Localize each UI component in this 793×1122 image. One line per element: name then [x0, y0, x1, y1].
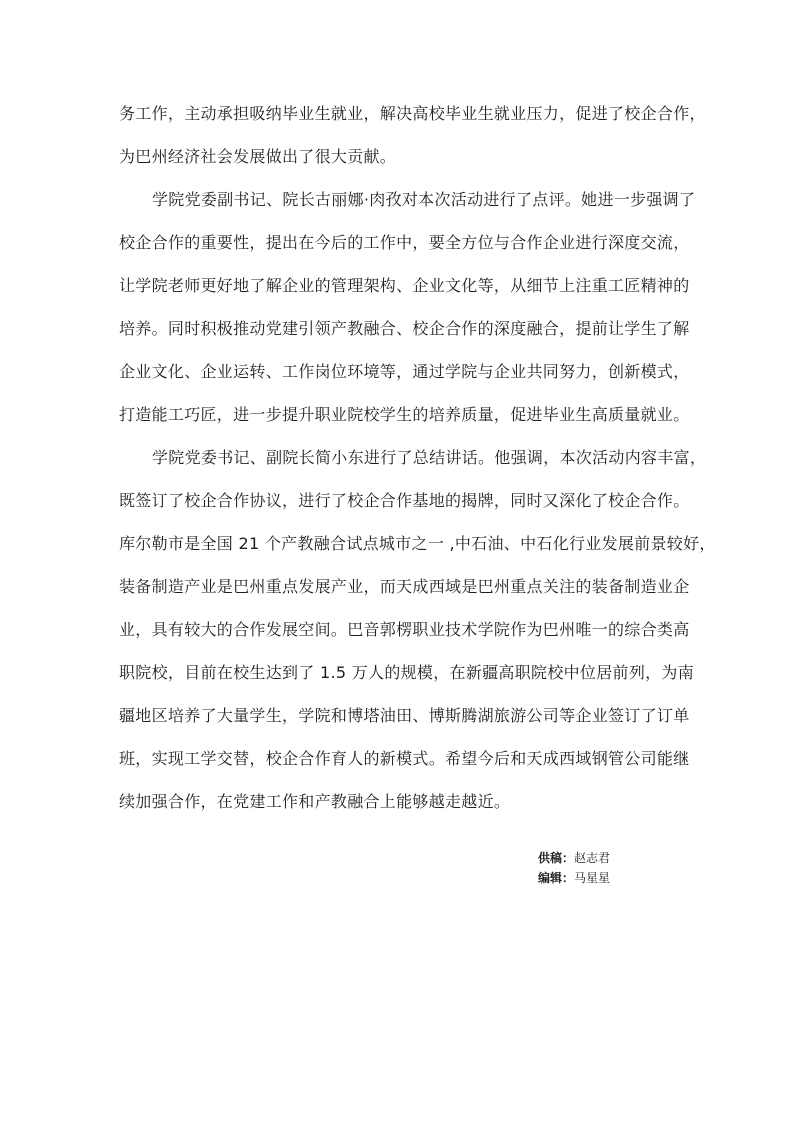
paragraph-line: 企业文化、企业运转、工作岗位环境等，通过学院与企业共同努力，创新模式，: [119, 350, 679, 393]
paragraph-line: 务工作，主动承担吸纳毕业生就业，解决高校毕业生就业压力，促进了校企合作，: [119, 92, 679, 135]
paragraph-line: 培养。同时积极推动党建引领产教融合、校企合作的深度融合，提前让学生了解: [119, 307, 679, 350]
article-credits: 供稿：赵志君 编辑：马星星: [538, 848, 610, 888]
paragraph-line: 业，具有较大的合作发展空间。巴音郭楞职业技术学院作为巴州唯一的综合类高: [119, 608, 679, 651]
credit-contributor: 供稿：赵志君: [538, 848, 610, 868]
credit-editor: 编辑：马星星: [538, 868, 610, 888]
paragraph-line: 职院校，目前在校生达到了 1.5 万人的规模，在新疆高职院校中位居前列，为南: [119, 651, 679, 694]
paragraph-line: 校企合作的重要性，提出在今后的工作中，要全方位与合作企业进行深度交流，: [119, 221, 679, 264]
paragraph-line: 既签订了校企合作协议，进行了校企合作基地的揭牌，同时又深化了校企合作。: [119, 479, 679, 522]
article-body: 务工作，主动承担吸纳毕业生就业，解决高校毕业生就业压力，促进了校企合作， 为巴州…: [119, 92, 679, 823]
paragraph-line: 装备制造产业是巴州重点发展产业，而天成西域是巴州重点关注的装备制造业企: [119, 565, 679, 608]
credit-name: 赵志君: [574, 851, 610, 865]
paragraph-line: 续加强合作，在党建工作和产教融合上能够越走越近。: [119, 780, 679, 823]
paragraph-line: 让学院老师更好地了解企业的管理架构、企业文化等，从细节上注重工匠精神的: [119, 264, 679, 307]
paragraph-line: 为巴州经济社会发展做出了很大贡献。: [119, 135, 679, 178]
paragraph-line: 库尔勒市是全国 21 个产教融合试点城市之一 ,中石油、中石化行业发展前景较好，: [119, 522, 679, 565]
credit-name: 马星星: [574, 871, 610, 885]
credit-label: 供稿：: [538, 851, 574, 865]
paragraph-line: 打造能工巧匠，进一步提升职业院校学生的培养质量，促进毕业生高质量就业。: [119, 393, 679, 436]
paragraph-line: 学院党委副书记、院长古丽娜·肉孜对本次活动进行了点评。她进一步强调了: [119, 178, 679, 221]
paragraph-line: 学院党委书记、副院长简小东进行了总结讲话。他强调，本次活动内容丰富，: [119, 436, 679, 479]
paragraph-line: 班，实现工学交替，校企合作育人的新模式。希望今后和天成西域钢管公司能继: [119, 737, 679, 780]
credit-label: 编辑：: [538, 871, 574, 885]
document-page: 务工作，主动承担吸纳毕业生就业，解决高校毕业生就业压力，促进了校企合作， 为巴州…: [0, 0, 793, 1122]
paragraph-line: 疆地区培养了大量学生，学院和博塔油田、博斯腾湖旅游公司等企业签订了订单: [119, 694, 679, 737]
